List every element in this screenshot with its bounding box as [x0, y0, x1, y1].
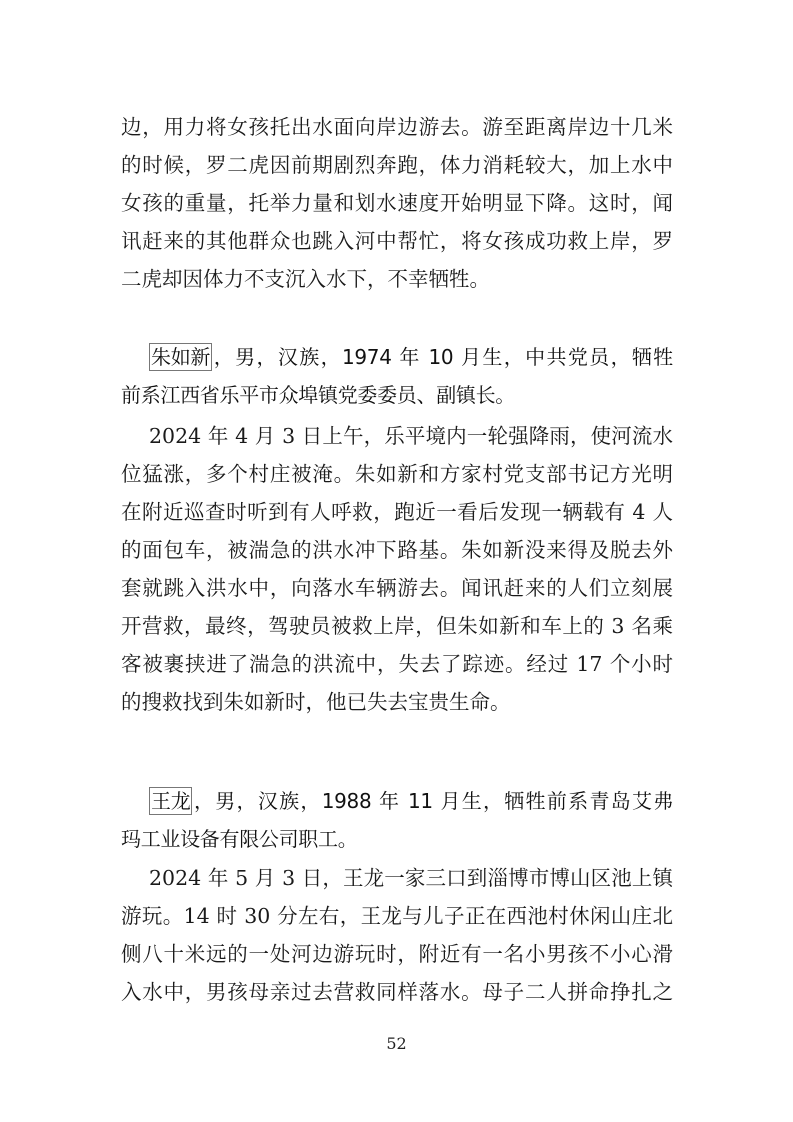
- body-line: 2024 年 4 月 3 日上午，乐平境内一轮强降雨，使河流水: [149, 421, 673, 451]
- document-page: 边，用力将女孩托出水面向岸边游去。游至距离岸边十几米 的时候，罗二虎因前期剧烈奔…: [0, 0, 793, 1122]
- person-name-highlight: 王龙: [149, 787, 192, 815]
- body-line: 边，用力将女孩托出水面向岸边游去。游至距离岸边十几米: [121, 112, 673, 142]
- body-line: 的面包车，被湍急的洪水冲下路基。朱如新没来得及脱去外: [121, 535, 673, 565]
- body-line: 入水中，男孩母亲过去营救同样落水。母子二人拼命挣扎之: [121, 977, 673, 1007]
- body-line: 女孩的重量，托举力量和划水速度开始明显下降。这时，闻: [121, 188, 673, 218]
- entry-heading-line2: 前系江西省乐平市众埠镇党委委员、副镇长。: [121, 380, 673, 410]
- body-line: 二虎却因体力不支沉入水下，不幸牺牲。: [121, 264, 673, 294]
- body-line: 侧八十米远的一处河边游玩时，附近有一名小男孩不小心滑: [121, 939, 673, 969]
- entry-heading: 朱如新，男，汉族，1974 年 10 月生，中共党员，牺牲: [149, 342, 673, 372]
- person-name-highlight: 朱如新: [149, 343, 212, 371]
- entry-heading-line2: 玛工业设备有限公司职工。: [121, 824, 673, 854]
- body-line: 套就跳入洪水中，向落水车辆游去。闻讯赶来的人们立刻展: [121, 573, 673, 603]
- body-line: 的搜救找到朱如新时，他已失去宝贵生命。: [121, 687, 673, 717]
- body-line: 开营救，最终，驾驶员被救上岸，但朱如新和车上的 3 名乘: [121, 611, 673, 641]
- body-line: 2024 年 5 月 3 日，王龙一家三口到淄博市博山区池上镇: [149, 863, 673, 893]
- body-line: 的时候，罗二虎因前期剧烈奔跑，体力消耗较大，加上水中: [121, 150, 673, 180]
- body-line: 位猛涨，多个村庄被淹。朱如新和方家村党支部书记方光明: [121, 459, 673, 489]
- entry-heading: 王龙，男，汉族，1988 年 11 月生，牺牲前系青岛艾弗: [149, 786, 673, 816]
- entry-heading-text: ，男，汉族，1974 年 10 月生，中共党员，牺牲: [212, 345, 673, 369]
- entry-heading-text: ，男，汉族，1988 年 11 月生，牺牲前系青岛艾弗: [192, 789, 673, 813]
- body-line: 游玩。14 时 30 分左右，王龙与儿子正在西池村休闲山庄北: [121, 901, 673, 931]
- body-line: 在附近巡查时听到有人呼救，跑近一看后发现一辆载有 4 人: [121, 497, 673, 527]
- page-number: 52: [0, 1034, 793, 1053]
- body-line: 客被裹挟进了湍急的洪流中，失去了踪迹。经过 17 个小时: [121, 649, 673, 679]
- body-line: 讯赶来的其他群众也跳入河中帮忙，将女孩成功救上岸，罗: [121, 226, 673, 256]
